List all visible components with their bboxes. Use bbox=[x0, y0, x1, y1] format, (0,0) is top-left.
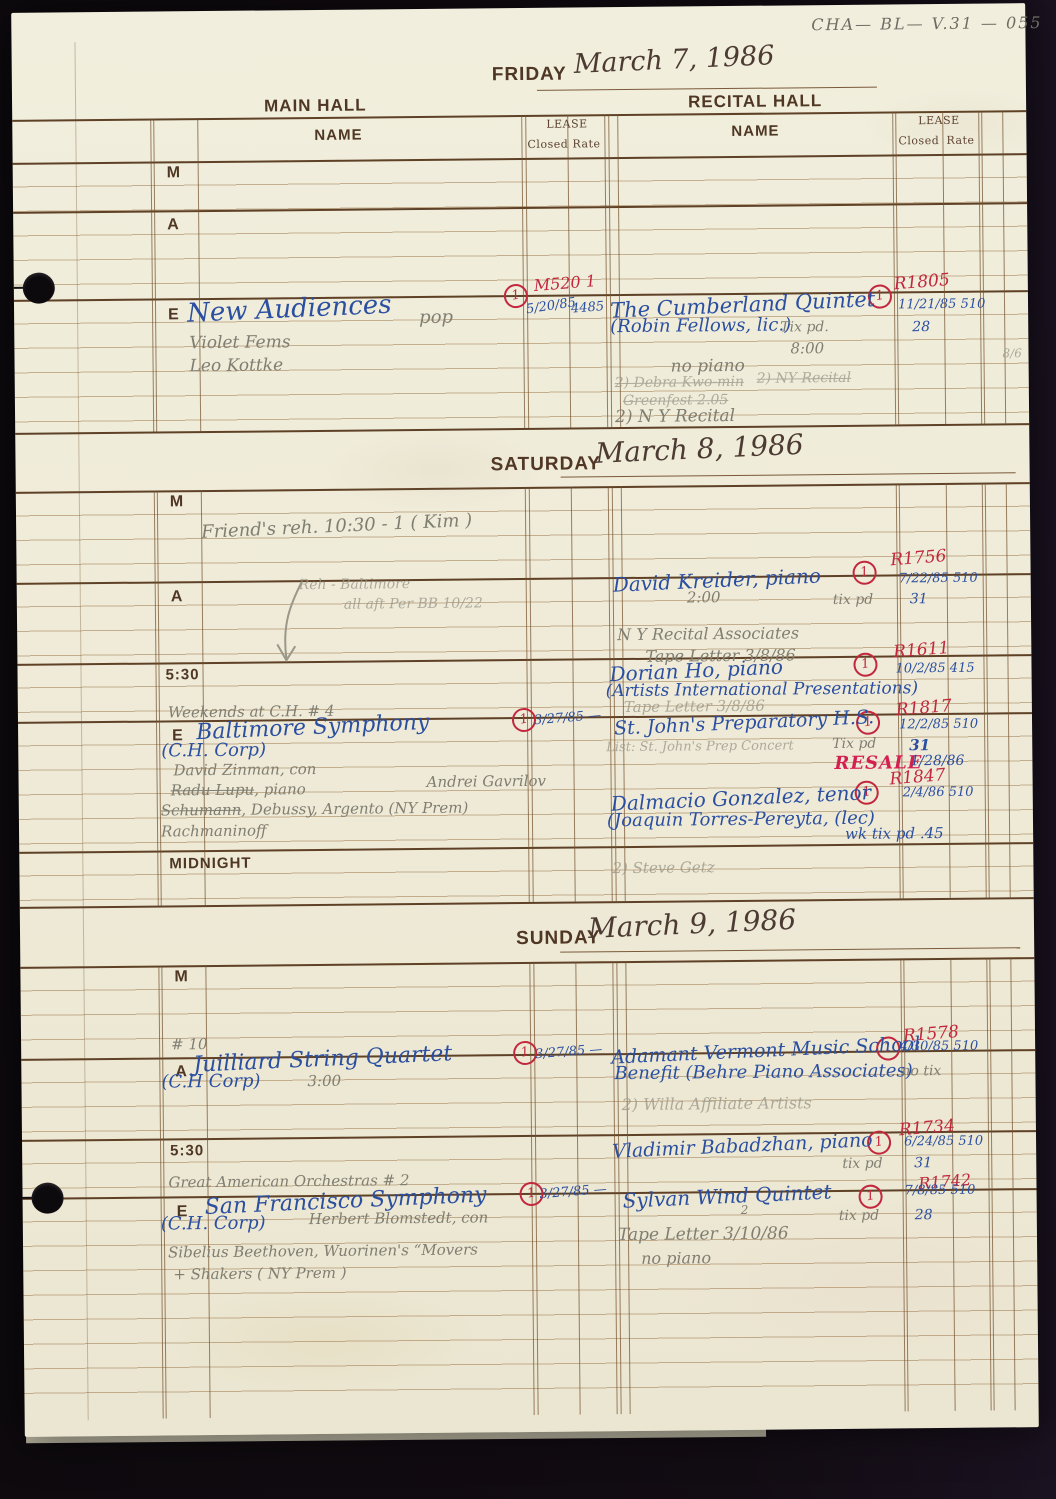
friday-main-rate: 4485 bbox=[571, 300, 605, 316]
saturday-recital-note: 2) Steve Getz bbox=[612, 860, 714, 877]
ledger-page: CHA— BL— V.31 — 055 FRIDAY March 7, 1986… bbox=[11, 3, 1039, 1437]
down-arrow-icon bbox=[272, 580, 313, 675]
tickets-paid-note: tix pd bbox=[839, 1209, 880, 1224]
friday-main-genre: pop bbox=[419, 309, 453, 328]
program-note: Schumann, Debussy, Argento (NY Prem) bbox=[161, 801, 469, 820]
ruled-rows bbox=[19, 842, 1033, 907]
date-saturday: March 8, 1986 bbox=[595, 430, 804, 469]
recital-hall-label: RECITAL HALL bbox=[688, 92, 822, 111]
crossed-soloist: Radu Lupu bbox=[171, 781, 255, 800]
rate-column-header: Rate bbox=[572, 138, 600, 150]
saturday-main-reh-note: all aft Per BB 10/22 bbox=[344, 596, 483, 612]
time-note: 3:00 bbox=[307, 1074, 341, 1090]
friday-main-note: Leo Kottke bbox=[190, 357, 284, 376]
friday-recital-mgmt: (Robin Fellows, lic.) bbox=[610, 316, 791, 337]
name-column-header: NAME bbox=[314, 128, 362, 144]
closed-column-header: Closed bbox=[527, 139, 568, 151]
date-underline bbox=[561, 472, 1016, 477]
saturday-recital-mgmt4: (Joaquin Torres-Pereyta, (lec) bbox=[607, 810, 875, 831]
seats-note: 31 bbox=[910, 592, 928, 607]
main-hall-label: MAIN HALL bbox=[264, 96, 367, 115]
tickets-paid-note: Tix pd. bbox=[780, 320, 829, 335]
name-column-header: NAME bbox=[731, 124, 779, 140]
superscript-note: 2 bbox=[741, 1204, 749, 1217]
closed-date: 2/4/86 510 bbox=[903, 786, 974, 800]
closed-date: 7/22/85 510 bbox=[899, 572, 978, 586]
date-friday: March 7, 1986 bbox=[573, 42, 775, 79]
row-label-afternoon: A bbox=[171, 589, 184, 606]
crossed-program: Schumann bbox=[161, 801, 242, 820]
closed-date: 6/24/85 510 bbox=[904, 1135, 983, 1149]
crossed-note: 2) NY Recital bbox=[757, 371, 851, 387]
ruled-rows bbox=[14, 290, 1029, 433]
tickets-paid-note: tix pd bbox=[842, 1157, 883, 1172]
no-tix-note: no tix bbox=[901, 1064, 941, 1079]
row-label-530: 5:30 bbox=[165, 667, 199, 683]
seats-note: 31 bbox=[914, 1156, 932, 1171]
archive-page-code: CHA— BL— V.31 — 055 bbox=[811, 15, 1042, 34]
friday-recital-closed: 11/21/85 510 bbox=[898, 298, 985, 312]
program-rest: , Debussy, Argento (NY Prem) bbox=[241, 799, 468, 819]
lease-column-header: LEASE bbox=[918, 115, 959, 127]
scanned-ledger-photo: CHA— BL— V.31 — 055 FRIDAY March 7, 1986… bbox=[0, 0, 1056, 1499]
time-note: 2:00 bbox=[687, 590, 721, 606]
date-underline bbox=[560, 947, 1020, 952]
row-label-evening: E bbox=[168, 307, 180, 324]
punch-hole bbox=[31, 1182, 63, 1213]
row-label-morning: M bbox=[174, 969, 188, 986]
tickets-paid-note: wk tix pd .45 bbox=[845, 826, 944, 843]
list-note: List: St. John's Prep Concert bbox=[606, 739, 794, 754]
crossed-note: 2) Debra Kwo-min bbox=[615, 375, 744, 391]
punch-hole bbox=[23, 272, 55, 303]
ruled-rows bbox=[17, 573, 1032, 664]
friday-main-note: Violet Fems bbox=[189, 334, 290, 353]
table-border bbox=[12, 110, 1026, 122]
ruled-rows bbox=[16, 482, 1031, 583]
soloist-rest: , piano bbox=[254, 780, 306, 798]
replacement-soloist: Andrei Gavrilov bbox=[427, 774, 547, 791]
row-label-midnight: MIDNIGHT bbox=[169, 856, 251, 873]
friday-recital-seats: 28 bbox=[912, 320, 930, 335]
closed-date: 12/2/85 510 bbox=[899, 718, 978, 732]
day-label-friday: FRIDAY bbox=[492, 65, 567, 86]
friday-recital-note: 2) N Y Recital bbox=[615, 408, 735, 427]
seats-note: 28 bbox=[915, 1208, 933, 1223]
saturday-main-org: (C.H. Corp) bbox=[161, 741, 266, 761]
program-note: + Shakers ( NY Prem ) bbox=[173, 1266, 346, 1283]
associates-note: N Y Recital Associates bbox=[617, 625, 799, 644]
row-label-morning: M bbox=[170, 494, 184, 511]
closed-column-header: Closed bbox=[898, 135, 939, 147]
lease-column-header: LEASE bbox=[546, 118, 587, 130]
sunday-recital-note: 2) Willa Affiliate Artists bbox=[622, 1095, 812, 1114]
closed-date: 7/8/85 510 bbox=[904, 1184, 975, 1198]
row-label-530: 5:30 bbox=[170, 1143, 204, 1159]
tickets-paid-note: Tix pd bbox=[832, 737, 876, 752]
sunday-main-org2: (C.H. Corp) bbox=[161, 1215, 266, 1235]
closed-date: 4/30/85 510 bbox=[899, 1040, 978, 1054]
no-piano-note: no piano bbox=[641, 1250, 711, 1267]
date-underline bbox=[537, 87, 877, 91]
row-label-afternoon: A bbox=[167, 217, 180, 234]
closed-date: 10/2/85 415 bbox=[895, 662, 974, 676]
margin-note: 8/6 bbox=[1002, 347, 1021, 360]
date-sunday: March 9, 1986 bbox=[587, 905, 796, 944]
row-label-morning: M bbox=[167, 165, 181, 182]
friday-recital-time: 8:00 bbox=[790, 341, 824, 357]
conductor-note: David Zinman, con bbox=[173, 762, 316, 779]
tickets-paid-note: tix pd bbox=[833, 593, 874, 608]
soloist-note: Radu Lupu, piano bbox=[171, 782, 306, 799]
rate-column-header: Rate bbox=[946, 135, 974, 147]
series-number-note: # 10 bbox=[171, 1037, 208, 1053]
sunday-main-org1: (C.H Corp) bbox=[161, 1073, 260, 1093]
saturday-main-reh-note: Reh - Baltimore bbox=[299, 577, 411, 593]
day-label-saturday: SATURDAY bbox=[490, 454, 601, 475]
conductor-note: Herbert Blomstedt, con bbox=[309, 1210, 489, 1227]
sunday-recital-benefit: Benefit (Behre Piano Associates) bbox=[614, 1062, 913, 1084]
program-note: Rachmaninoff bbox=[161, 823, 267, 840]
tape-letter-note: Tape Letter 3/10/86 bbox=[618, 1225, 789, 1244]
program-note: Sibelius Beethoven, Wuorinen's “Movers bbox=[168, 1242, 478, 1261]
